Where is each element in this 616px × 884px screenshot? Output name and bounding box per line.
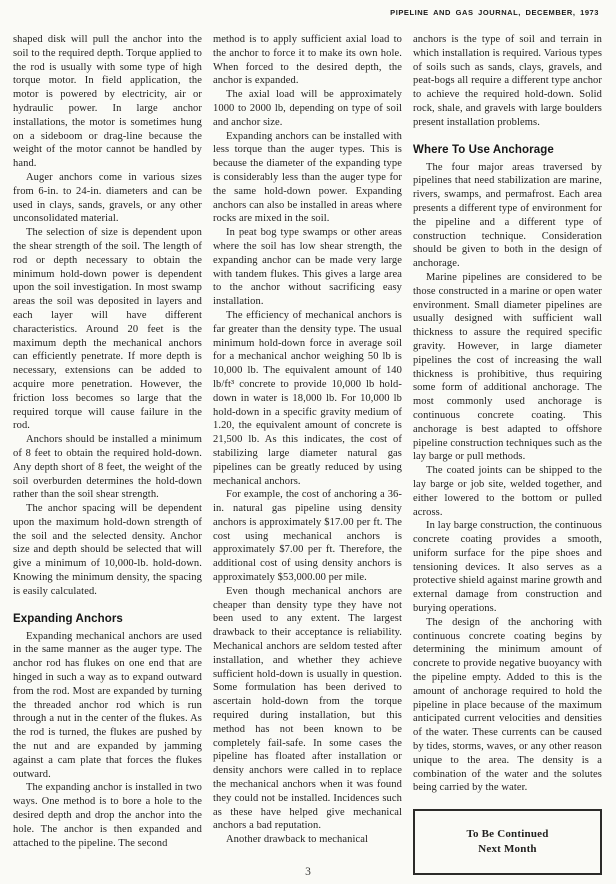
body-paragraph: Expanding mechanical anchors are used in… (13, 630, 202, 782)
journal-page: PIPELINE AND GAS JOURNAL, DECEMBER, 1973… (0, 0, 616, 884)
body-paragraph: The selection of size is dependent upon … (13, 226, 202, 433)
columns-container: shaped disk will pull the anchor into th… (13, 33, 602, 875)
body-paragraph: The efficiency of mechanical anchors is … (213, 309, 402, 488)
body-paragraph: Another drawback to mechanical (213, 833, 402, 847)
body-paragraph: shaped disk will pull the anchor into th… (13, 33, 202, 171)
column-2: method is to apply sufficient axial load… (213, 33, 402, 875)
continued-line-1: To Be Continued (415, 827, 600, 842)
column-2-blocks: method is to apply sufficient axial load… (213, 33, 402, 847)
body-paragraph: The axial load will be approximately 100… (213, 88, 402, 129)
section-heading: Where To Use Anchorage (413, 143, 602, 157)
body-paragraph: The expanding anchor is installed in two… (13, 781, 202, 850)
body-paragraph: For example, the cost of anchoring a 36-… (213, 488, 402, 585)
body-paragraph: Auger anchors come in various sizes from… (13, 171, 202, 226)
body-paragraph: Marine pipelines are considered to be th… (413, 271, 602, 464)
body-paragraph: The coated joints can be shipped to the … (413, 464, 602, 519)
body-paragraph: In peat bog type swamps or other areas w… (213, 226, 402, 309)
body-paragraph: method is to apply sufficient axial load… (213, 33, 402, 88)
body-paragraph: Anchors should be installed a minimum of… (13, 433, 202, 502)
column-3-blocks: anchors is the type of soil and terrain … (413, 33, 602, 795)
column-3: anchors is the type of soil and terrain … (413, 33, 602, 875)
body-paragraph: The anchor spacing will be dependent upo… (13, 502, 202, 599)
body-paragraph: anchors is the type of soil and terrain … (413, 33, 602, 130)
section-heading: Expanding Anchors (13, 612, 202, 626)
page-number: 3 (0, 866, 616, 878)
body-paragraph: Expanding anchors can be installed with … (213, 130, 402, 227)
body-paragraph: In lay barge construction, the continuou… (413, 519, 602, 616)
column-1-blocks: shaped disk will pull the anchor into th… (13, 33, 202, 850)
body-paragraph: Even though mechanical anchors are cheap… (213, 585, 402, 833)
continued-line-2: Next Month (415, 842, 600, 857)
body-paragraph: The four major areas traversed by pipeli… (413, 161, 602, 271)
body-paragraph: The design of the anchoring with continu… (413, 616, 602, 795)
journal-header-line: PIPELINE AND GAS JOURNAL, DECEMBER, 1973 (13, 8, 602, 17)
column-1: shaped disk will pull the anchor into th… (13, 33, 202, 875)
